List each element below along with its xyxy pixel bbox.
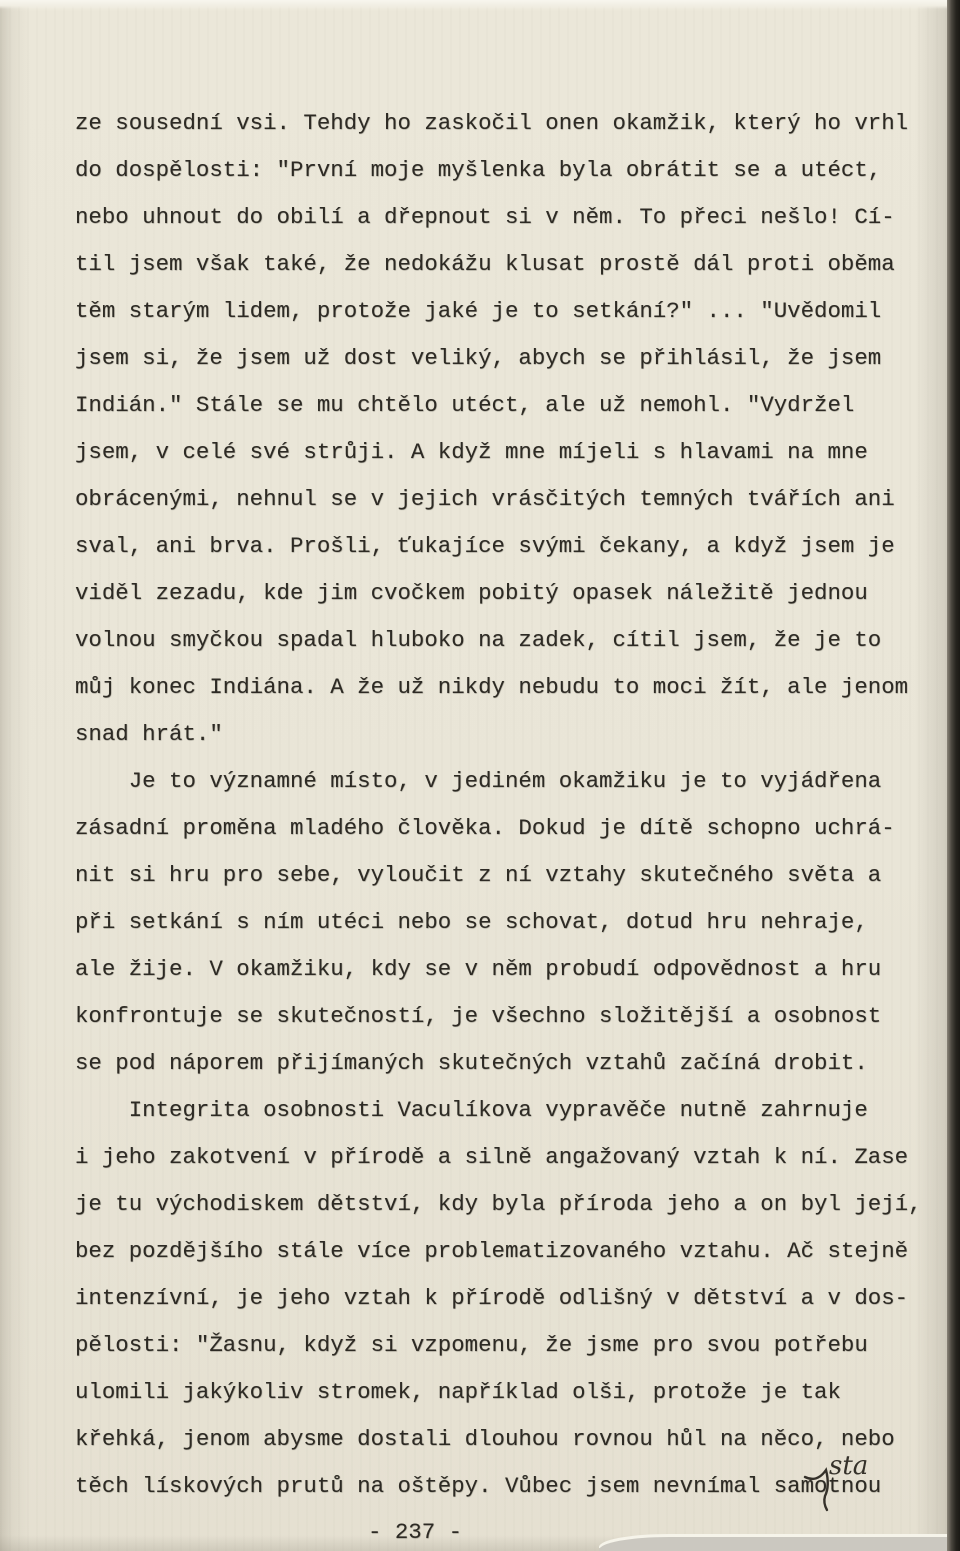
- text-line: zásadní proměna mladého člověka. Dokud j…: [75, 805, 922, 852]
- text-line: těm starým lidem, protože jaké je to set…: [75, 288, 922, 335]
- text-line: viděl zezadu, kde jim cvočkem pobitý opa…: [75, 570, 922, 617]
- text-line: je tu východiskem dětství, kdy byla přír…: [75, 1181, 922, 1228]
- scan-edge-right: [947, 0, 960, 1551]
- text-line: sval, ani brva. Prošli, ťukajíce svými č…: [75, 523, 922, 570]
- text-line: snad hrát.": [75, 711, 922, 758]
- text-line: do dospělosti: "První moje myšlenka byla…: [75, 147, 922, 194]
- text-line: těch lískových prutů na oštěpy. Vůbec js…: [75, 1463, 922, 1510]
- text-line: křehká, jenom abysme dostali dlouhou rov…: [75, 1416, 922, 1463]
- text-line: ale žije. V okamžiku, kdy se v něm probu…: [75, 946, 922, 993]
- scanned-typescript-page: ze sousední vsi. Tehdy ho zaskočil onen …: [0, 0, 960, 1551]
- text-line: ze sousední vsi. Tehdy ho zaskočil onen …: [75, 100, 922, 147]
- text-line-paragraph-start: Je to významné místo, v jediném okamžiku…: [75, 758, 922, 805]
- text-line: obrácenými, nehnul se v jejich vrásčitýc…: [75, 476, 922, 523]
- text-line: til jsem však také, že nedokážu klusat p…: [75, 241, 922, 288]
- paper-bottom-edge: [599, 1537, 949, 1551]
- text-line: Indián." Stále se mu chtělo utéct, ale u…: [75, 382, 922, 429]
- text-line: volnou smyčkou spadal hluboko na zadek, …: [75, 617, 922, 664]
- text-line: ulomili jakýkoliv stromek, například olš…: [75, 1369, 922, 1416]
- text-line: pělosti: "Žasnu, když si vzpomenu, že js…: [75, 1322, 922, 1369]
- text-line: nebo uhnout do obilí a dřepnout si v něm…: [75, 194, 922, 241]
- text-line: nit si hru pro sebe, vyloučit z ní vztah…: [75, 852, 922, 899]
- page-number: - 237 -: [368, 1509, 462, 1551]
- text-line: intenzívní, je jeho vztah k přírodě odli…: [75, 1275, 922, 1322]
- text-line: konfrontuje se skutečností, je všechno s…: [75, 993, 922, 1040]
- text-line-paragraph-start: Integrita osobnosti Vaculíkova vypravěče…: [75, 1087, 922, 1134]
- text-line: jsem si, že jsem už dost veliký, abych s…: [75, 335, 922, 382]
- text-line: se pod náporem přijímaných skutečných vz…: [75, 1040, 922, 1087]
- text-line: můj konec Indiána. A že už nikdy nebudu …: [75, 664, 922, 711]
- text-line: i jeho zakotvení v přírodě a silně angaž…: [75, 1134, 922, 1181]
- text-line: při setkání s ním utéci nebo se schovat,…: [75, 899, 922, 946]
- text-line: jsem, v celé své strůji. A když mne míje…: [75, 429, 922, 476]
- scan-edge-top: [0, 0, 960, 9]
- text-line: bez pozdějšího stále více problematizova…: [75, 1228, 922, 1275]
- typewritten-text-block: ze sousední vsi. Tehdy ho zaskočil onen …: [75, 100, 922, 1510]
